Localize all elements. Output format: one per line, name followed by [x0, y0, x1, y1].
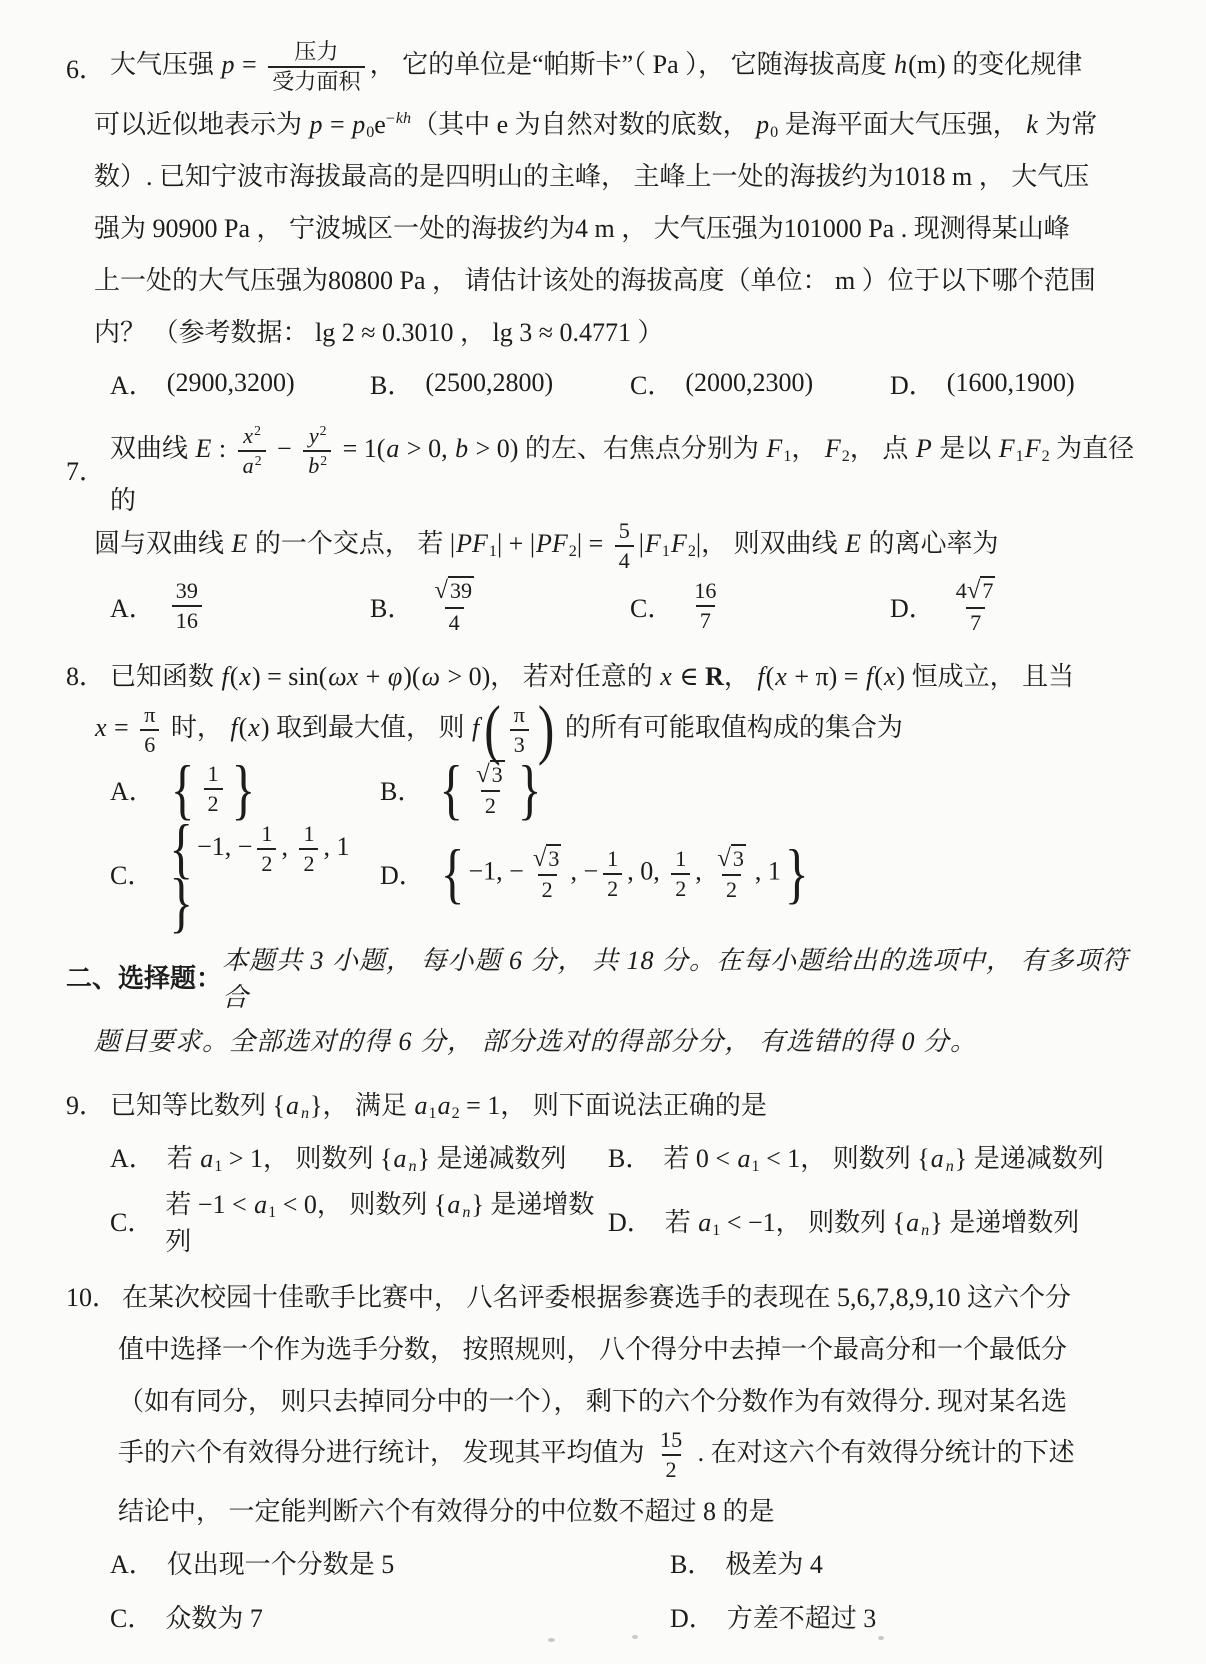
text-run: + [359, 662, 387, 691]
math-variable: x [238, 662, 252, 691]
options-row: C．若 −1 < a1 < 0， 则数列 {an} 是递增数列D．若 a1 < … [66, 1184, 1150, 1258]
subscript: n [945, 1158, 955, 1175]
option-A: A．(2900,3200) [110, 365, 370, 402]
section-header-line: 题目要求。全部选对的得 6 分， 部分选对的得部分分， 有选错的得 0 分。 [66, 1014, 1150, 1066]
big-delimiter: } [232, 756, 256, 823]
text-run: 2 [303, 851, 314, 876]
options-row: C．众数为 7D．方差不超过 3 [66, 1590, 1150, 1644]
fraction-denominator: 7 [966, 607, 985, 637]
math-variable: k [1025, 110, 1039, 139]
math-variable: p [755, 110, 770, 139]
subscript: 1 [429, 1105, 437, 1122]
text-run: −1, − [469, 857, 524, 886]
math-variable: F [644, 529, 662, 558]
line-content: 强为 90900 Pa ， 宁波城区一处的海拔约为4 m ， 大气压强为1010… [94, 208, 1070, 245]
text-run: 压力 [294, 39, 338, 64]
option-D: D．若 a1 < −1， 则数列 {an} 是递增数列 [608, 1202, 1079, 1239]
fraction-denominator: b2 [303, 450, 331, 480]
option-content: {12} [167, 760, 259, 818]
math-fraction: 152 [656, 1426, 686, 1484]
line-content: 大气压强 p = 压力受力面积， 它的单位是“帕斯卡”（ Pa ）， 它随海拔高… [110, 38, 1082, 96]
text-run: 2 [254, 423, 261, 438]
option-A: A．仅出现一个分数是 5 [110, 1544, 670, 1581]
text-run: ， 点 [850, 434, 915, 463]
sqrt-radicand: 3 [731, 844, 746, 871]
math-fraction: √32 [713, 843, 750, 904]
superscript: 2 [320, 453, 327, 468]
text-run: )( [403, 662, 420, 691]
option-label: A． [110, 1544, 155, 1581]
text-run: 5 [619, 518, 630, 543]
text-run: > 0, [400, 434, 454, 463]
question-6-line: 上一处的大气压强为80800 Pa ， 请估计该处的海拔高度（单位： m ）位于… [66, 252, 1150, 304]
text-run: 值中选择一个作为选手分数， 按照规则， 八个得分中去掉一个最高分和一个最低分 [118, 1335, 1067, 1364]
math-variable: n [300, 1105, 310, 1122]
fraction-denominator: 2 [204, 788, 223, 818]
text-run: 众数为 7 [165, 1604, 263, 1633]
text-run: 6 [144, 732, 155, 757]
math-fraction: 12 [603, 845, 622, 903]
option-content: (2500,2800) [425, 368, 553, 398]
superscript: 2 [254, 423, 261, 438]
option-label: D． [608, 1202, 653, 1239]
section-title: 二、选择题： [66, 958, 222, 995]
option-C: C．167 [630, 577, 890, 635]
big-delimiter: } [785, 840, 809, 907]
text-run: 2 [452, 1105, 460, 1122]
text-run: 4 [619, 548, 630, 573]
math-fraction: 12 [671, 845, 690, 903]
subscript: 2 [842, 448, 850, 465]
text-run: 39 [450, 578, 472, 603]
text-run: 的离心率为 [862, 529, 999, 558]
text-run: ( [766, 662, 775, 691]
text-run: 是海平面大气压强， [778, 110, 1025, 139]
math-fraction: π3 [510, 701, 529, 759]
text-run: 数）. 已知宁波市海拔最高的是四明山的主峰， 主峰上一处的海拔约为1018 m … [94, 162, 1089, 191]
math-variable: x [774, 662, 788, 691]
fraction-numerator: 5 [615, 517, 634, 545]
sqrt-expression: √7 [967, 576, 996, 605]
text-run: : [212, 434, 232, 463]
fraction-numerator: π [140, 701, 159, 729]
text-run: e [374, 110, 386, 139]
math-variable: a [385, 434, 400, 463]
math-variable: n [461, 1204, 471, 1221]
option-content: 3916 [167, 577, 207, 635]
question-10: 10．在某次校园十佳歌手比赛中， 八名评委根据参赛选手的表现在 5,6,7,8,… [66, 1270, 1150, 1644]
question-7-line: 圆与双曲线 E 的一个交点， 若 |PF1| + |PF2| = 54|F1F2… [66, 517, 1150, 575]
text-run: = [324, 110, 352, 139]
fraction-numerator: 1 [671, 845, 690, 873]
math-variable: p [351, 110, 366, 139]
math-fraction: π6 [140, 701, 159, 759]
math-fraction: y2b2 [303, 422, 331, 480]
subscript: 1 [1016, 448, 1024, 465]
text-run: 1 [489, 543, 497, 560]
big-delimiter: } [169, 870, 193, 937]
option-content: 若 −1 < a1 < 0， 则数列 {an} 是递增数列 [165, 1184, 608, 1258]
text-run: 若 0 < [663, 1144, 736, 1173]
text-run: 2 [607, 876, 618, 901]
math-variable: n [945, 1158, 955, 1175]
option-content: 仅出现一个分数是 5 [167, 1544, 395, 1581]
options-row: A．(2900,3200)B．(2500,2800)C．(2000,2300)D… [66, 356, 1150, 410]
option-D: D．4√77 [890, 575, 1150, 636]
subscript: n [408, 1158, 418, 1175]
text-run: 15 [660, 1427, 682, 1452]
option-content: 167 [685, 577, 725, 635]
fraction-numerator: 压力 [290, 38, 342, 66]
scan-artifact [548, 1638, 555, 1642]
fraction-denominator: 4 [445, 607, 464, 637]
text-run: 2 [485, 793, 496, 818]
math-variable: ω [421, 662, 441, 691]
text-run: π [144, 702, 155, 727]
question-number: 7． [66, 451, 110, 488]
subscript: 2 [569, 543, 577, 560]
math-fraction: x2a2 [238, 422, 266, 480]
math-variable: E [231, 529, 249, 558]
fraction-denominator: 2 [481, 790, 500, 820]
subscript: 2 [1042, 448, 1050, 465]
fraction-numerator: π [510, 701, 529, 729]
math-variable: a [446, 1190, 461, 1219]
question-10-line: 10．在某次校园十佳歌手比赛中， 八名评委根据参赛选手的表现在 5,6,7,8,… [66, 1270, 1150, 1322]
text-run: 4 [449, 610, 460, 635]
text-run: 双曲线 [110, 434, 195, 463]
math-variable: n [408, 1158, 418, 1175]
option-label: B． [608, 1138, 651, 1175]
option-content: {−1, −√32, −12, 0, 12, √32, 1} [437, 843, 813, 904]
big-delimiter: } [518, 756, 542, 823]
option-D: D．{−1, −√32, −12, 0, 12, √32, 1} [380, 843, 813, 904]
text-run: − [386, 110, 395, 127]
text-run: ) = sin( [252, 662, 327, 691]
text-run: 3 [733, 846, 744, 871]
fraction-numerator: 1 [603, 845, 622, 873]
sqrt-radicand: 7 [980, 576, 995, 603]
text-run: ( [874, 662, 883, 691]
superscript: 2 [320, 423, 327, 438]
math-variable: x [242, 423, 254, 448]
option-B: B．(2500,2800) [370, 365, 630, 402]
math-variable: PF [535, 529, 569, 558]
text-run: 的所有可能取值构成的集合为 [558, 713, 903, 742]
text-run: 1 [1016, 448, 1024, 465]
option-content: {√32} [435, 759, 545, 820]
text-run: 已知等比数列 { [110, 1091, 285, 1120]
text-run: = 1， 则下面说法正确的是 [460, 1091, 767, 1120]
text-run: 4 [956, 578, 967, 603]
fraction-denominator: 7 [696, 605, 715, 635]
text-run: = 1( [336, 434, 385, 463]
text-run: ， [791, 434, 824, 463]
subscript: n [300, 1105, 310, 1122]
text-run: 2 [726, 877, 737, 902]
math-variable: F [1024, 434, 1042, 463]
line-content: 上一处的大气压强为80800 Pa ， 请估计该处的海拔高度（单位： m ）位于… [94, 260, 1096, 297]
fraction-numerator: √39 [430, 575, 478, 606]
text-run: } 是递减数列 [418, 1144, 567, 1173]
text-run: 若 −1 < [165, 1190, 253, 1219]
math-variable: a [393, 1144, 408, 1173]
math-variable: F [765, 434, 783, 463]
text-run: 1 [208, 761, 219, 786]
fraction-denominator: 6 [140, 729, 159, 759]
text-run: − [271, 434, 299, 463]
text-run: 若 [167, 1144, 200, 1173]
option-D: D．方差不超过 3 [670, 1598, 876, 1635]
fraction-numerator: √3 [529, 843, 566, 874]
text-run: . 在对这六个有效得分统计的下述 [691, 1438, 1075, 1467]
fraction-numerator: 39 [172, 577, 202, 605]
text-run: < 1， 则数列 { [760, 1144, 930, 1173]
option-content: (1600,1900) [947, 368, 1075, 398]
fraction-denominator: 2 [662, 1454, 681, 1484]
text-run: 本题共 3 小题， 每小题 6 分， 共 18 分。在每小题给出的选项中， 有多… [222, 946, 1129, 1012]
math-variable: f [865, 662, 874, 691]
text-run: , 1 [323, 832, 349, 861]
text-run: , 0, [627, 857, 666, 886]
math-variable: b [307, 453, 320, 478]
text-run: 上一处的大气压强为80800 Pa ， 请估计该处的海拔高度（单位： m ）位于… [94, 266, 1096, 295]
section-header-line: 二、选择题：本题共 3 小题， 每小题 6 分， 共 18 分。在每小题给出的选… [66, 940, 1150, 1014]
math-variable: F [824, 434, 842, 463]
radical-icon: √ [533, 845, 547, 872]
text-run: （其中 e 为自然对数的底数， [412, 110, 755, 139]
exam-page: 6．大气压强 p = 压力受力面积， 它的单位是“帕斯卡”（ Pa ）， 它随海… [0, 0, 1206, 1664]
line-content: 本题共 3 小题， 每小题 6 分， 共 18 分。在每小题给出的选项中， 有多… [222, 940, 1150, 1014]
text-run: , [281, 832, 294, 861]
math-variable: PF [455, 529, 489, 558]
text-run: < 0， 则数列 { [276, 1190, 446, 1219]
option-label: A． [110, 588, 155, 625]
text-run: 2 [542, 877, 553, 902]
text-run: (m) 的变化规律 [908, 50, 1082, 79]
text-run: < −1， 则数列 { [720, 1208, 905, 1237]
math-variable: a [697, 1208, 712, 1237]
math-variable: a [930, 1144, 945, 1173]
math-variable: a [414, 1091, 429, 1120]
text-run: 圆与双曲线 [94, 529, 231, 558]
text-run: 2 [208, 791, 219, 816]
text-run: π [514, 702, 525, 727]
math-variable: x [94, 713, 108, 742]
fraction-denominator: 2 [299, 848, 318, 878]
text-run: 39 [176, 578, 198, 603]
options-row: A．3916B．√394C．167D．4√77 [66, 575, 1150, 636]
option-label: A． [110, 365, 155, 402]
fraction-numerator: 1 [299, 820, 318, 848]
sqrt-radicand: 39 [448, 576, 474, 603]
text-run: = [108, 713, 136, 742]
subscript: 1 [662, 543, 670, 560]
option-label: D． [890, 588, 935, 625]
question-6-line: 数）. 已知宁波市海拔最高的是四明山的主峰， 主峰上一处的海拔约为1018 m … [66, 148, 1150, 200]
option-label: D． [890, 365, 935, 402]
text-run: 手的六个有效得分进行统计， 发现其平均值为 [118, 1438, 651, 1467]
fraction-denominator: 受力面积 [268, 66, 364, 96]
fraction-numerator: 1 [204, 760, 223, 788]
math-variable: x [883, 662, 897, 691]
math-variable: a [253, 1190, 268, 1219]
math-fraction: √32 [472, 759, 509, 820]
line-content: （如有同分， 则只去掉同分中的一个）， 剩下的六个分数作为有效得分. 现对某名选 [118, 1381, 1067, 1418]
radical-icon: √ [967, 577, 981, 604]
text-run: 已知函数 [110, 662, 221, 691]
line-content: 双曲线 E : x2a2 − y2b2 = 1(a > 0, b > 0) 的左… [110, 422, 1150, 517]
question-10-line: 结论中， 一定能判断六个有效得分的中位数不超过 8 的是 [66, 1484, 1150, 1536]
math-fraction: 167 [690, 577, 720, 635]
text-run: 仅出现一个分数是 5 [167, 1550, 395, 1579]
line-content: 值中选择一个作为选手分数， 按照规则， 八个得分中去掉一个最高分和一个最低分 [118, 1329, 1067, 1366]
math-fraction: 4√77 [952, 575, 1000, 636]
text-run: 1 [429, 1105, 437, 1122]
fraction-denominator: 2 [603, 873, 622, 903]
question-10-line: 手的六个有效得分进行统计， 发现其平均值为 152 . 在对这六个有效得分统计的… [66, 1426, 1150, 1484]
line-content: 题目要求。全部选对的得 6 分， 部分选对的得部分分， 有选错的得 0 分。 [94, 1021, 977, 1058]
text-run: , [695, 857, 708, 886]
option-label: C． [110, 855, 153, 892]
option-A: A．若 a1 > 1， 则数列 {an} 是递减数列 [110, 1138, 608, 1175]
option-content: (2900,3200) [167, 368, 295, 398]
math-variable: y [308, 423, 320, 448]
superscript: 2 [255, 453, 262, 468]
text-run: |， 则双曲线 [696, 529, 844, 558]
option-content: 众数为 7 [165, 1598, 263, 1635]
subscript: 0 [770, 124, 778, 141]
text-run: 2 [261, 851, 272, 876]
question-7-line: 7．双曲线 E : x2a2 − y2b2 = 1(a > 0, b > 0) … [66, 422, 1150, 517]
question-8-line: x = π6 时， f(x) 取到最大值， 则 f(π3) 的所有可能取值构成的… [66, 701, 1150, 759]
text-run: 若 [665, 1208, 698, 1237]
text-run: ) 恒成立， 且当 [896, 662, 1074, 691]
line-content: 已知函数 f(x) = sin(ωx + φ)(ω > 0)， 若对任意的 x … [110, 656, 1074, 693]
sqrt-expression: √3 [533, 844, 562, 873]
math-variable: x [659, 662, 673, 691]
text-run: 7 [700, 608, 711, 633]
text-run: 1 [607, 846, 618, 871]
option-label: A． [110, 1138, 155, 1175]
text-run: （如有同分， 则只去掉同分中的一个）， 剩下的六个分数作为有效得分. 现对某名选 [118, 1387, 1067, 1416]
math-variable: F [998, 434, 1016, 463]
option-C: C．{−1, −12, 12, 1} [110, 820, 380, 928]
fraction-denominator: 4 [615, 545, 634, 575]
text-run: 是以 [933, 434, 998, 463]
option-content: 若 0 < a1 < 1， 则数列 {an} 是递减数列 [663, 1138, 1103, 1175]
big-delimiter: { [441, 840, 465, 907]
fraction-numerator: √3 [713, 843, 750, 874]
options-row: A．仅出现一个分数是 5B．极差为 4 [66, 1536, 1150, 1590]
math-variable: n [920, 1222, 930, 1239]
option-label: C． [630, 365, 673, 402]
question-6: 6．大气压强 p = 压力受力面积， 它的单位是“帕斯卡”（ Pa ）， 它随海… [66, 38, 1150, 410]
option-content: 极差为 4 [725, 1544, 823, 1581]
math-fraction: 3916 [172, 577, 202, 635]
text-run: −1, − [197, 832, 252, 861]
text-run: } 是递增数列 [930, 1208, 1079, 1237]
question-7: 7．双曲线 E : x2a2 − y2b2 = 1(a > 0, b > 0) … [66, 422, 1150, 637]
fraction-denominator: a2 [238, 450, 266, 480]
text-run: 强为 90900 Pa ， 宁波城区一处的海拔约为4 m ， 大气压强为1010… [94, 214, 1070, 243]
line-content: 圆与双曲线 E 的一个交点， 若 |PF1| + |PF2| = 54|F1F2… [94, 517, 999, 575]
math-fraction: 54 [615, 517, 634, 575]
text-run: 1 [662, 543, 670, 560]
text-run: 受力面积 [272, 69, 360, 94]
text-run: | + | [497, 529, 535, 558]
option-content: {−1, −12, 12, 1} [165, 820, 380, 928]
option-B: B．√394 [370, 575, 630, 636]
fraction-numerator: y2 [304, 422, 331, 450]
math-variable: a [199, 1144, 214, 1173]
text-run: 2 [320, 453, 327, 468]
math-variable: a [437, 1091, 452, 1120]
option-C: C．若 −1 < a1 < 0， 则数列 {an} 是递增数列 [110, 1184, 608, 1258]
math-variable: kh [395, 110, 412, 127]
text-run: + π) = [788, 662, 865, 691]
big-delimiter: { [439, 756, 463, 823]
option-label: C． [110, 1202, 153, 1239]
text-run: ( [239, 713, 248, 742]
text-run: | = [577, 529, 610, 558]
text-run: (1600,1900) [947, 368, 1075, 397]
math-fraction: 12 [204, 760, 223, 818]
text-run: > 1， 则数列 { [222, 1144, 392, 1173]
question-number: 10． [66, 1277, 122, 1314]
option-label: C． [110, 1598, 153, 1635]
option-B: B．{√32} [380, 759, 545, 820]
subscript: 2 [688, 543, 696, 560]
options-row: A．若 a1 > 1， 则数列 {an} 是递减数列B．若 0 < a1 < 1… [66, 1130, 1150, 1184]
question-6-line: 6．大气压强 p = 压力受力面积， 它的单位是“帕斯卡”（ Pa ）， 它随海… [66, 38, 1150, 96]
text-run: 的一个交点， 若 | [248, 529, 455, 558]
math-fraction: 12 [257, 820, 276, 878]
fraction-numerator: 16 [690, 577, 720, 605]
text-run: 2 [675, 876, 686, 901]
line-content: 结论中， 一定能判断六个有效得分的中位数不超过 8 的是 [118, 1491, 775, 1528]
fraction-denominator: 2 [538, 874, 557, 904]
option-content: 4√77 [947, 575, 1005, 636]
line-content: 在某次校园十佳歌手比赛中， 八名评委根据参赛选手的表现在 5,6,7,8,9,1… [122, 1277, 1071, 1314]
option-content: √394 [425, 575, 483, 636]
scan-artifact [632, 1635, 638, 1639]
text-run: 7 [970, 610, 981, 635]
text-run: 3 [548, 846, 559, 871]
math-variable: h [893, 50, 908, 79]
text-run: 1 [752, 1158, 760, 1175]
math-variable: f [471, 713, 480, 742]
option-B: B．若 0 < a1 < 1， 则数列 {an} 是递减数列 [608, 1138, 1104, 1175]
sqrt-expression: √3 [717, 844, 746, 873]
math-variable: p [309, 110, 324, 139]
options-row: C．{−1, −12, 12, 1}D．{−1, −√32, −12, 0, 1… [66, 820, 1150, 928]
line-content: 数）. 已知宁波市海拔最高的是四明山的主峰， 主峰上一处的海拔约为1018 m … [94, 156, 1089, 193]
question-8-line: 8．已知函数 f(x) = sin(ωx + φ)(ω > 0)， 若对任意的 … [66, 649, 1150, 701]
math-variable: E [195, 434, 213, 463]
math-bold-symbol: R [705, 662, 724, 691]
text-run: }， 满足 [310, 1091, 413, 1120]
text-run: 2 [569, 543, 577, 560]
option-content: (2000,2300) [685, 368, 813, 398]
text-run: 内？ （参考数据： lg 2 ≈ 0.3010 ， lg 3 ≈ 0.4771 … [94, 318, 664, 347]
section-header: 二、选择题：本题共 3 小题， 每小题 6 分， 共 18 分。在每小题给出的选… [66, 940, 1150, 1066]
fraction-denominator: 2 [671, 873, 690, 903]
text-run: ， [724, 662, 757, 691]
question-6-line: 强为 90900 Pa ， 宁波城区一处的海拔约为4 m ， 大气压强为1010… [66, 200, 1150, 252]
math-fraction: √394 [430, 575, 478, 636]
text-run: > 0) 的左、右焦点分别为 [469, 434, 765, 463]
